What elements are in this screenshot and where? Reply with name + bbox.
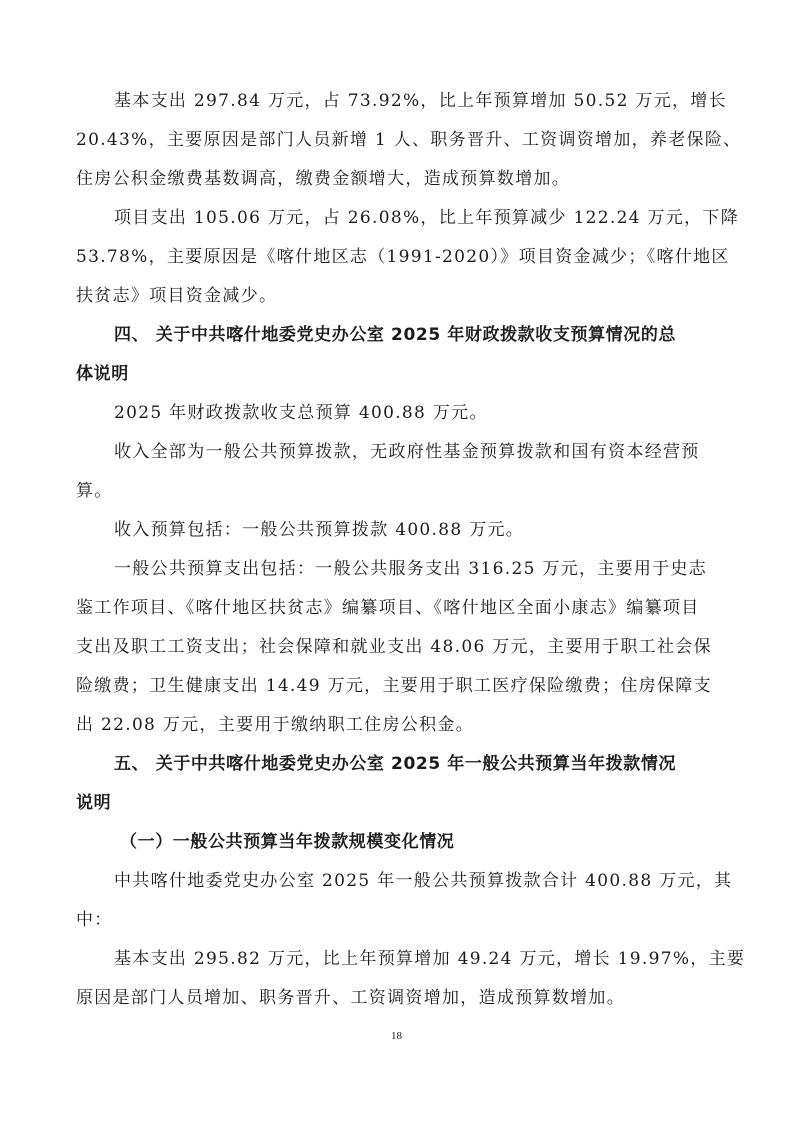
text-line: 一般公共预算支出包括：一般公共服务支出 316.25 万元，主要用于史志 bbox=[114, 557, 704, 581]
text-line: 算。 bbox=[76, 479, 704, 503]
text-line: 鉴工作项目、《喀什地区扶贫志》编纂项目、《喀什地区全面小康志》编纂项目 bbox=[76, 596, 704, 620]
text-line: 原因是部门人员增加、职务晋升、工资调资增加，造成预算数增加。 bbox=[76, 986, 704, 1010]
page-number: 18 bbox=[0, 1030, 793, 1042]
text-line: 扶贫志》项目资金减少。 bbox=[76, 284, 704, 308]
text-line: 项目支出 105.06 万元，占 26.08%，比上年预算减少 122.24 万… bbox=[114, 206, 704, 230]
text-line: 20.43%，主要原因是部门人员新增 1 人、职务晋升、工资调资增加，养老保险、 bbox=[76, 128, 704, 152]
heading-line: 体说明 bbox=[76, 362, 704, 386]
heading-line: 说明 bbox=[76, 791, 704, 815]
text-line: 收入全部为一般公共预算拨款，无政府性基金预算拨款和国有资本经营预 bbox=[114, 440, 704, 464]
text-line: 基本支出 297.84 万元，占 73.92%，比上年预算增加 50.52 万元… bbox=[114, 89, 704, 113]
subsection-heading-1: （一）一般公共预算当年拨款规模变化情况 bbox=[120, 830, 748, 854]
paragraph-income-budget: 收入预算包括：一般公共预算拨款 400.88 万元。 bbox=[114, 518, 704, 542]
heading-line: 五、 关于中共喀什地委党史办公室 2025 年一般公共预算当年拨款情况 bbox=[114, 752, 704, 776]
text-line: 中共喀什地委党史办公室 2025 年一般公共预算拨款合计 400.88 万元，其 bbox=[114, 869, 704, 893]
text-line: 险缴费；卫生健康支出 14.49 万元，主要用于职工医疗保险缴费；住房保障支 bbox=[76, 674, 704, 698]
text-line: 出 22.08 万元，主要用于缴纳职工住房公积金。 bbox=[76, 713, 704, 737]
document-page: 基本支出 297.84 万元，占 73.92%，比上年预算增加 50.52 万元… bbox=[0, 0, 793, 1122]
text-line: 53.78%，主要原因是《喀什地区志（1991-2020）》项目资金减少；《喀什… bbox=[76, 245, 704, 269]
text-line: 基本支出 295.82 万元，比上年预算增加 49.24 万元，增长 19.97… bbox=[114, 947, 704, 971]
text-line: 住房公积金缴费基数调高，缴费金额增大，造成预算数增加。 bbox=[76, 167, 704, 191]
heading-line: 四、 关于中共喀什地委党史办公室 2025 年财政拨款收支预算情况的总 bbox=[114, 323, 704, 347]
paragraph-total-budget: 2025 年财政拨款收支总预算 400.88 万元。 bbox=[114, 401, 704, 425]
text-line: 中： bbox=[76, 908, 704, 932]
text-line: 支出及职工工资支出；社会保障和就业支出 48.06 万元，主要用于职工社会保 bbox=[76, 635, 704, 659]
